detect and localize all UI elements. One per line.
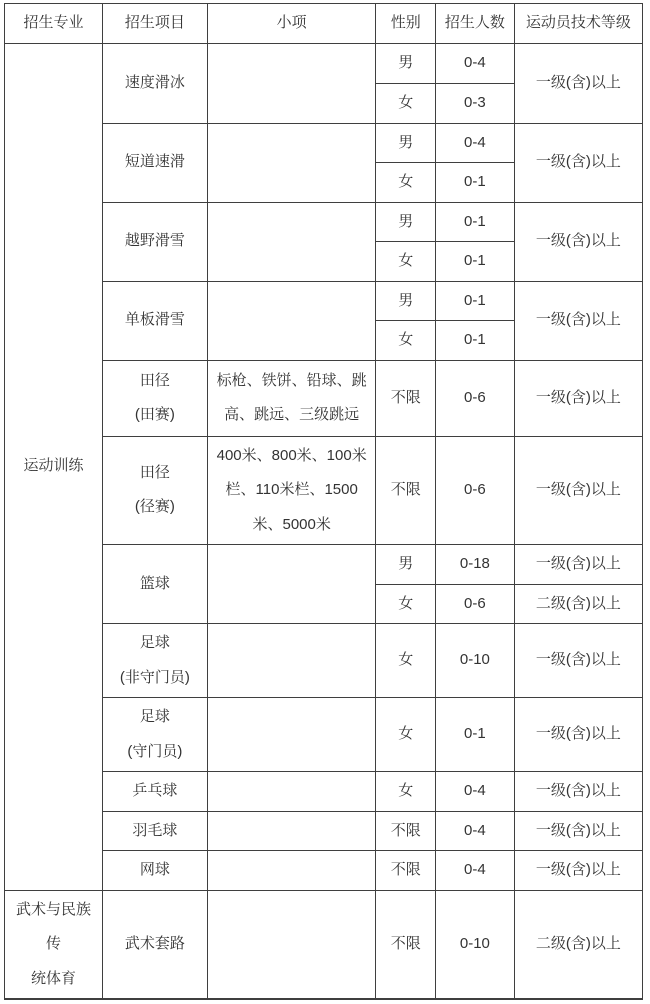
program-cell: 短道速滑: [102, 123, 207, 202]
sub-items-cell: [207, 698, 376, 772]
gender-cell: 不限: [376, 360, 436, 436]
quota-cell: 0-4: [436, 772, 515, 812]
gender-cell: 男: [376, 281, 436, 321]
gender-cell: 女: [376, 584, 436, 624]
level-cell: 二级(含)以上: [514, 584, 642, 624]
gender-cell: 女: [376, 321, 436, 361]
quota-cell: 0-1: [436, 163, 515, 203]
header-quota: 招生人数: [436, 4, 515, 44]
program-cell: 单板滑雪: [102, 281, 207, 360]
quota-cell: 0-4: [436, 43, 515, 83]
sub-items-cell: 标枪、铁饼、铅球、跳高、跳远、三级跳远: [207, 360, 376, 436]
gender-cell: 不限: [376, 436, 436, 545]
sub-items-cell: [207, 281, 376, 360]
level-cell: 一级(含)以上: [514, 545, 642, 585]
level-cell: 一级(含)以上: [514, 360, 642, 436]
program-cell: 田径 (径赛): [102, 436, 207, 545]
level-cell: 一级(含)以上: [514, 851, 642, 891]
header-level: 运动员技术等级: [514, 4, 642, 44]
sub-items-cell: [207, 772, 376, 812]
table-row: 运动训练速度滑冰男0-4一级(含)以上: [5, 43, 643, 83]
gender-cell: 女: [376, 698, 436, 772]
quota-cell: 0-4: [436, 851, 515, 891]
program-cell: 越野滑雪: [102, 202, 207, 281]
gender-cell: 男: [376, 43, 436, 83]
level-cell: 一级(含)以上: [514, 202, 642, 281]
gender-cell: 女: [376, 772, 436, 812]
header-gender: 性别: [376, 4, 436, 44]
gender-cell: 女: [376, 163, 436, 203]
level-cell: 一级(含)以上: [514, 436, 642, 545]
sub-items-cell: [207, 851, 376, 891]
quota-cell: 0-3: [436, 83, 515, 123]
program-cell: 足球 (守门员): [102, 698, 207, 772]
program-cell: 足球 (非守门员): [102, 624, 207, 698]
level-cell: 一级(含)以上: [514, 43, 642, 123]
level-cell: 一级(含)以上: [514, 281, 642, 360]
gender-cell: 男: [376, 123, 436, 163]
header-sub-items: 小项: [207, 4, 376, 44]
sub-items-cell: [207, 545, 376, 624]
quota-cell: 0-6: [436, 360, 515, 436]
program-cell: 速度滑冰: [102, 43, 207, 123]
program-cell: 羽毛球: [102, 811, 207, 851]
gender-cell: 不限: [376, 811, 436, 851]
sub-items-cell: [207, 624, 376, 698]
quota-cell: 0-4: [436, 811, 515, 851]
quota-cell: 0-6: [436, 436, 515, 545]
admissions-table: 招生专业招生项目小项性别招生人数运动员技术等级 运动训练速度滑冰男0-4一级(含…: [4, 3, 643, 1000]
quota-cell: 0-1: [436, 698, 515, 772]
table-body: 运动训练速度滑冰男0-4一级(含)以上女0-3短道速滑男0-4一级(含)以上女0…: [5, 43, 643, 999]
major-cell: 运动训练: [5, 43, 103, 890]
level-cell: 一级(含)以上: [514, 698, 642, 772]
gender-cell: 女: [376, 624, 436, 698]
gender-cell: 男: [376, 202, 436, 242]
quota-cell: 0-6: [436, 584, 515, 624]
program-cell: 篮球: [102, 545, 207, 624]
major-cell: 武术与民族传 统体育: [5, 890, 103, 999]
table-header-row: 招生专业招生项目小项性别招生人数运动员技术等级: [5, 4, 643, 44]
level-cell: 一级(含)以上: [514, 811, 642, 851]
sub-items-cell: [207, 43, 376, 123]
gender-cell: 不限: [376, 851, 436, 891]
quota-cell: 0-1: [436, 321, 515, 361]
sub-items-cell: [207, 202, 376, 281]
quota-cell: 0-10: [436, 624, 515, 698]
gender-cell: 女: [376, 242, 436, 282]
program-cell: 乒乓球: [102, 772, 207, 812]
level-cell: 二级(含)以上: [514, 890, 642, 999]
sub-items-cell: [207, 890, 376, 999]
level-cell: 一级(含)以上: [514, 123, 642, 202]
program-cell: 田径 (田赛): [102, 360, 207, 436]
sub-items-cell: 400米、800米、100米栏、110米栏、1500米、5000米: [207, 436, 376, 545]
quota-cell: 0-18: [436, 545, 515, 585]
gender-cell: 女: [376, 83, 436, 123]
header-major: 招生专业: [5, 4, 103, 44]
program-cell: 网球: [102, 851, 207, 891]
table-row: 武术与民族传 统体育武术套路不限0-10二级(含)以上: [5, 890, 643, 999]
gender-cell: 男: [376, 545, 436, 585]
quota-cell: 0-10: [436, 890, 515, 999]
quota-cell: 0-1: [436, 281, 515, 321]
quota-cell: 0-1: [436, 242, 515, 282]
level-cell: 一级(含)以上: [514, 772, 642, 812]
sub-items-cell: [207, 811, 376, 851]
table-head: 招生专业招生项目小项性别招生人数运动员技术等级: [5, 4, 643, 44]
document-page: 招生专业招生项目小项性别招生人数运动员技术等级 运动训练速度滑冰男0-4一级(含…: [0, 0, 650, 1004]
program-cell: 武术套路: [102, 890, 207, 999]
level-cell: 一级(含)以上: [514, 624, 642, 698]
sub-items-cell: [207, 123, 376, 202]
quota-cell: 0-1: [436, 202, 515, 242]
quota-cell: 0-4: [436, 123, 515, 163]
header-program: 招生项目: [102, 4, 207, 44]
gender-cell: 不限: [376, 890, 436, 999]
